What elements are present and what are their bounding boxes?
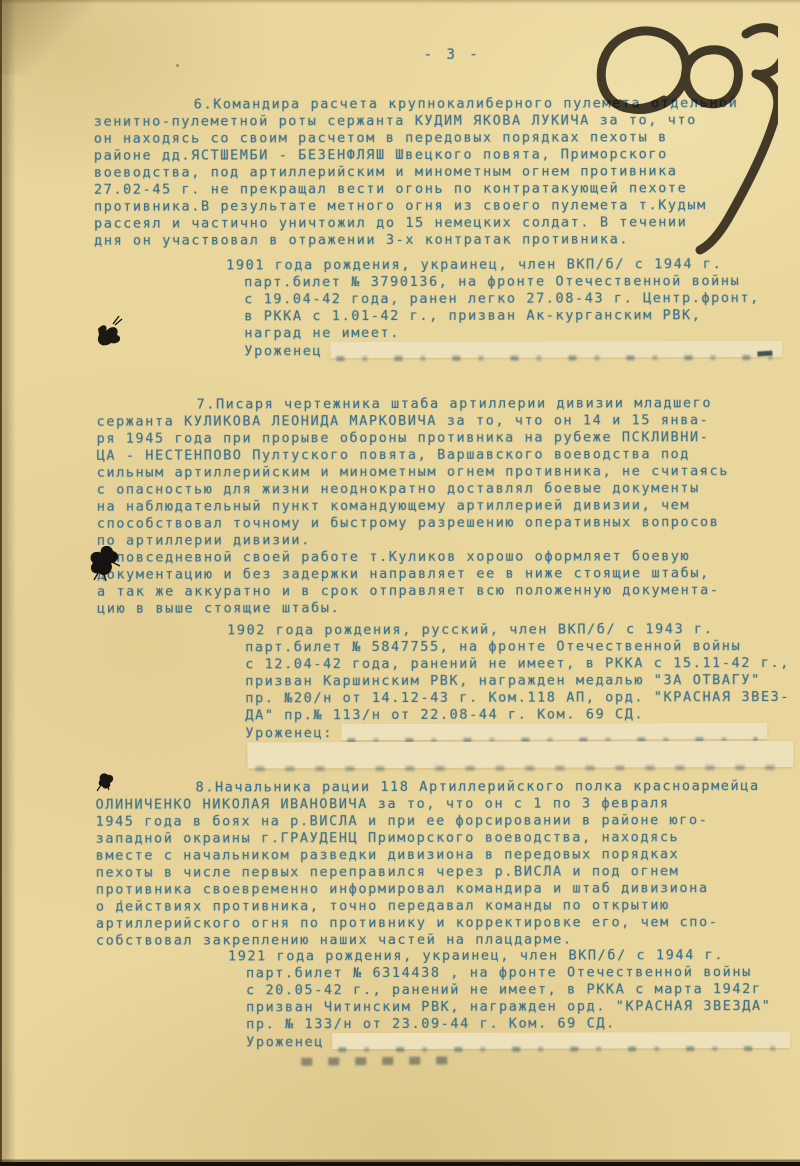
citation-text-line: артиллерийского огня по противнику и кор… bbox=[96, 914, 760, 933]
citation-text-line: пехоты в числе первых переправился через… bbox=[96, 863, 760, 882]
bio-text-line: наград не имеет. bbox=[226, 324, 782, 342]
ink-dash-mark bbox=[757, 351, 772, 357]
citation-text-line: способствовал точному и быстрому разреше… bbox=[97, 514, 729, 533]
citation-paragraph-7: 7.Писаря чертежника штаба артиллерии див… bbox=[97, 395, 730, 618]
paper-speck bbox=[700, 470, 703, 472]
bio-text-line: призван Каршинским РВК, награжден медаль… bbox=[227, 672, 790, 690]
birthplace-line-8: Уроженец bbox=[228, 1032, 790, 1051]
citation-text-line: цию в выше стоящие штабы. bbox=[97, 599, 729, 618]
citation-text-line: а так же аккуратно и в срок отправляет в… bbox=[97, 582, 729, 601]
citation-text-line: В повседневной своей работе т.Куликов хо… bbox=[97, 548, 729, 567]
ink-blot bbox=[95, 768, 117, 792]
citation-text-line: противника своевременно информировал ком… bbox=[96, 880, 760, 899]
bio-block-6: 1901 года рождения, украинец, член ВКП/б… bbox=[226, 256, 782, 360]
bio-block-8: 1921 года рождения, украинец, член ВКП/б… bbox=[228, 947, 790, 1051]
citation-text-line: на наблюдательный пункт командующему арт… bbox=[97, 497, 729, 516]
birthplace-line-6: Уроженец bbox=[226, 341, 782, 360]
bio-text-line: пр. № 133/н от 23.09-44 г. Ком. 69 СД. bbox=[228, 1015, 790, 1033]
citation-text-line: 8.Начальника рации 118 Артиллерийского п… bbox=[96, 778, 760, 797]
redacted-birthplace-7-line2 bbox=[247, 741, 793, 768]
citation-text-line: ОЛИНИЧЕНКО НИКОЛАЯ ИВАНОВИЧА за то, что … bbox=[96, 795, 760, 814]
bio-block-7: 1902 года рождения, русский, член ВКП/б/… bbox=[227, 621, 790, 742]
bio-lines-6: 1901 года рождения, украинец, член ВКП/б… bbox=[226, 256, 782, 342]
redacted-birthplace-8 bbox=[332, 1032, 790, 1049]
bio-text-line: пр. №20/н от 14.12-43 г. Ком.118 АП, орд… bbox=[227, 689, 790, 707]
ink-blot bbox=[93, 314, 125, 352]
bio-text-line: в РККА с 1.01-42 г., призван Ак-курганск… bbox=[226, 307, 782, 325]
bio-text-line: с 12.04-42 года, ранений не имеет, в РКК… bbox=[227, 655, 790, 673]
citation-text-line: документацию и без задержки направляет е… bbox=[97, 565, 729, 584]
bio-lines-8: 1921 года рождения, украинец, член ВКП/б… bbox=[228, 947, 790, 1033]
citation-text-line: 1945 года в боях на р.ВИСЛА и при ее фор… bbox=[96, 812, 760, 831]
birthplace-label-7: Уроженец: bbox=[245, 725, 333, 741]
bio-lines-7: 1902 года рождения, русский, член ВКП/б/… bbox=[227, 621, 790, 724]
citation-text-line: сержанта КУЛИКОВА ЛЕОНИДА МАРКОВИЧА за т… bbox=[97, 412, 729, 431]
citation-section-7: 7.Писаря чертежника штаба артиллерии див… bbox=[97, 395, 730, 618]
redacted-birthplace-7 bbox=[341, 723, 767, 740]
bio-text-line: с 19.04-42 года, ранен легко 27.08-43 г.… bbox=[226, 290, 782, 308]
citation-text-line: с опасностью для жизни неоднократно дост… bbox=[97, 480, 729, 499]
citation-text-line: по артиллерии дивизии. bbox=[97, 531, 729, 550]
handwritten-page-number-203 bbox=[568, 14, 778, 264]
citation-text-line: 7.Писаря чертежника штаба артиллерии див… bbox=[97, 395, 729, 414]
citation-section-8: 8.Начальника рации 118 Артиллерийского п… bbox=[96, 778, 761, 950]
bio-text-line: ДА" пр.№ 113/н от 22.08-44 г. Ком. 69 СД… bbox=[227, 706, 790, 724]
birthplace-label-8: Уроженец bbox=[246, 1034, 324, 1050]
citation-text-line: ЦА - НЕСТЕНПОВО Пултуского повята, Варша… bbox=[97, 446, 729, 465]
bio-text-line: с 20.05-42 г., ранений не имеет, в РККА … bbox=[228, 981, 790, 999]
ink-blot bbox=[84, 540, 124, 582]
paper-speck bbox=[176, 64, 179, 67]
page-top-edge bbox=[0, 0, 800, 4]
bio-text-line: призван Читинским РВК, награжден орд. "К… bbox=[228, 998, 790, 1016]
page-left-edge bbox=[0, 0, 16, 1166]
bio-text-line: 1902 года рождения, русский, член ВКП/б/… bbox=[227, 621, 790, 639]
birthplace-label-6: Уроженец bbox=[244, 343, 322, 359]
scanned-document-page: - 3 - 6.Командира расчета крупнокалиберн… bbox=[0, 0, 800, 1166]
citation-text-line: сильным артиллерийским и минометным огне… bbox=[97, 463, 729, 482]
bio-text-line: парт.билет № 6314438 , на фронте Отечест… bbox=[228, 964, 790, 982]
erased-text-smudge bbox=[301, 1056, 456, 1065]
citation-paragraph-8: 8.Начальника рации 118 Артиллерийского п… bbox=[96, 778, 761, 950]
redacted-birthplace-6 bbox=[330, 341, 782, 358]
birthplace-line-7: Уроженец: bbox=[227, 723, 790, 742]
page-bottom-edge bbox=[0, 1159, 800, 1166]
citation-text-line: вместе с начальником разведки дивизиона … bbox=[96, 846, 760, 865]
bio-text-line: 1921 года рождения, украинец, член ВКП/б… bbox=[228, 947, 790, 965]
bio-text-line: парт.билет № 5847755, на фронте Отечеств… bbox=[227, 638, 790, 656]
paper-speck bbox=[120, 900, 122, 903]
citation-text-line: ря 1945 года при прорыве обороны противн… bbox=[97, 429, 729, 448]
page-number: - 3 - bbox=[424, 47, 481, 63]
citation-text-line: западной окраины г.ГРАУДЕНЦ Приморского … bbox=[96, 829, 760, 848]
citation-text-line: о действиях противника, точно передавал … bbox=[96, 897, 760, 916]
bio-text-line: парт.билет № 3790136, на фронте Отечеств… bbox=[226, 273, 782, 291]
